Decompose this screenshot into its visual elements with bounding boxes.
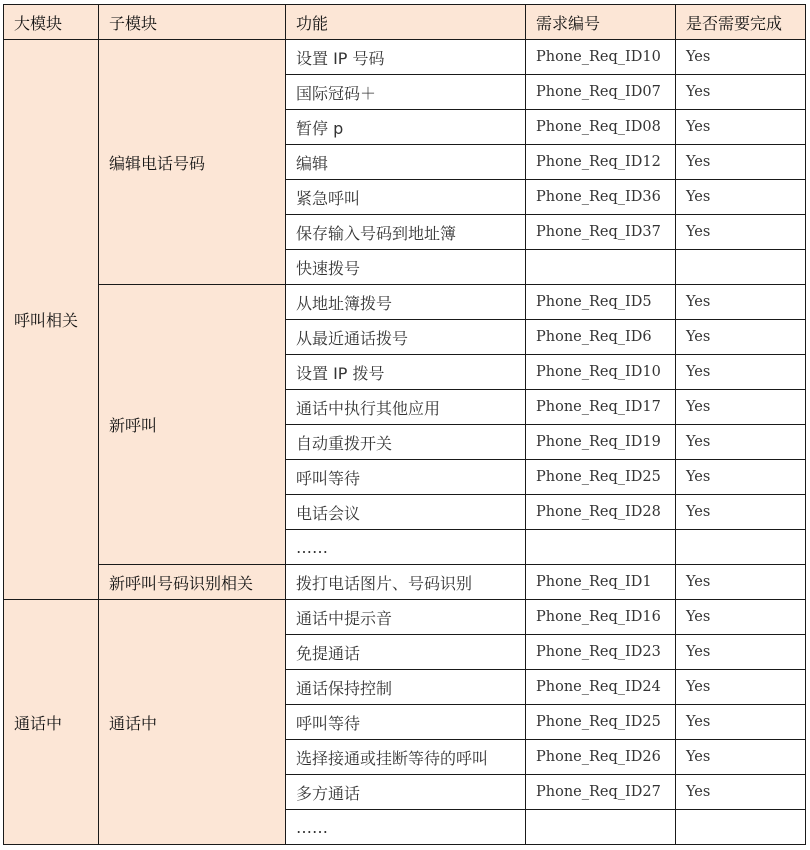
feature-cell: 通话中提示音 [286, 600, 526, 635]
required-cell: Yes [676, 740, 806, 775]
feature-cell: 编辑 [286, 145, 526, 180]
req-id-cell: Phone_Req_ID10 [526, 355, 676, 390]
required-cell: Yes [676, 40, 806, 75]
feature-cell: 设置 IP 号码 [286, 40, 526, 75]
feature-cell: 自动重拨开关 [286, 425, 526, 460]
module-cell: 呼叫相关 [4, 40, 99, 600]
feature-cell: 多方通话 [286, 775, 526, 810]
req-id-cell [526, 530, 676, 565]
header-row: 大模块 子模块 功能 需求编号 是否需要完成 [4, 5, 806, 40]
required-cell: Yes [676, 145, 806, 180]
required-cell: Yes [676, 320, 806, 355]
required-cell: Yes [676, 215, 806, 250]
header-submodule: 子模块 [99, 5, 286, 40]
req-id-cell: Phone_Req_ID23 [526, 635, 676, 670]
required-cell: Yes [676, 705, 806, 740]
requirements-table: 大模块 子模块 功能 需求编号 是否需要完成 呼叫相关编辑电话号码设置 IP 号… [3, 4, 806, 845]
req-id-cell: Phone_Req_ID19 [526, 425, 676, 460]
header-req-id: 需求编号 [526, 5, 676, 40]
required-cell: Yes [676, 425, 806, 460]
req-id-cell: Phone_Req_ID08 [526, 110, 676, 145]
req-id-cell: Phone_Req_ID25 [526, 460, 676, 495]
submodule-cell: 通话中 [99, 600, 286, 845]
required-cell [676, 250, 806, 285]
required-cell: Yes [676, 180, 806, 215]
table-body: 呼叫相关编辑电话号码设置 IP 号码Phone_Req_ID10Yes国际冠码＋… [4, 40, 806, 845]
req-id-cell: Phone_Req_ID37 [526, 215, 676, 250]
required-cell: Yes [676, 355, 806, 390]
req-id-cell: Phone_Req_ID27 [526, 775, 676, 810]
table-row: 新呼叫从地址簿拨号Phone_Req_ID5Yes [4, 285, 806, 320]
required-cell: Yes [676, 75, 806, 110]
table-row: 通话中通话中通话中提示音Phone_Req_ID16Yes [4, 600, 806, 635]
submodule-cell: 新呼叫号码识别相关 [99, 565, 286, 600]
req-id-cell: Phone_Req_ID10 [526, 40, 676, 75]
required-cell: Yes [676, 775, 806, 810]
req-id-cell: Phone_Req_ID6 [526, 320, 676, 355]
feature-cell: 选择接通或挂断等待的呼叫 [286, 740, 526, 775]
required-cell: Yes [676, 600, 806, 635]
feature-cell: 从最近通话拨号 [286, 320, 526, 355]
feature-cell: 保存输入号码到地址簿 [286, 215, 526, 250]
feature-cell: 通话中执行其他应用 [286, 390, 526, 425]
req-id-cell: Phone_Req_ID1 [526, 565, 676, 600]
req-id-cell: Phone_Req_ID17 [526, 390, 676, 425]
feature-cell: 紧急呼叫 [286, 180, 526, 215]
header-feature: 功能 [286, 5, 526, 40]
required-cell: Yes [676, 110, 806, 145]
req-id-cell: Phone_Req_ID36 [526, 180, 676, 215]
feature-cell: 从地址簿拨号 [286, 285, 526, 320]
req-id-cell: Phone_Req_ID16 [526, 600, 676, 635]
feature-cell: 呼叫等待 [286, 460, 526, 495]
req-id-cell: Phone_Req_ID28 [526, 495, 676, 530]
req-id-cell: Phone_Req_ID26 [526, 740, 676, 775]
required-cell: Yes [676, 670, 806, 705]
req-id-cell: Phone_Req_ID24 [526, 670, 676, 705]
feature-cell: 电话会议 [286, 495, 526, 530]
req-id-cell: Phone_Req_ID12 [526, 145, 676, 180]
feature-cell: 暂停 p [286, 110, 526, 145]
feature-cell: …… [286, 530, 526, 565]
table-row: 新呼叫号码识别相关拨打电话图片、号码识别Phone_Req_ID1Yes [4, 565, 806, 600]
submodule-cell: 编辑电话号码 [99, 40, 286, 285]
feature-cell: …… [286, 810, 526, 845]
req-id-cell: Phone_Req_ID07 [526, 75, 676, 110]
required-cell: Yes [676, 390, 806, 425]
required-cell [676, 530, 806, 565]
required-cell: Yes [676, 635, 806, 670]
req-id-cell [526, 250, 676, 285]
feature-cell: 通话保持控制 [286, 670, 526, 705]
feature-cell: 快速拨号 [286, 250, 526, 285]
required-cell [676, 810, 806, 845]
feature-cell: 国际冠码＋ [286, 75, 526, 110]
table-row: 呼叫相关编辑电话号码设置 IP 号码Phone_Req_ID10Yes [4, 40, 806, 75]
req-id-cell: Phone_Req_ID5 [526, 285, 676, 320]
feature-cell: 呼叫等待 [286, 705, 526, 740]
feature-cell: 免提通话 [286, 635, 526, 670]
required-cell: Yes [676, 565, 806, 600]
required-cell: Yes [676, 460, 806, 495]
submodule-cell: 新呼叫 [99, 285, 286, 565]
feature-cell: 拨打电话图片、号码识别 [286, 565, 526, 600]
required-cell: Yes [676, 285, 806, 320]
header-required: 是否需要完成 [676, 5, 806, 40]
feature-cell: 设置 IP 拨号 [286, 355, 526, 390]
req-id-cell [526, 810, 676, 845]
module-cell: 通话中 [4, 600, 99, 845]
required-cell: Yes [676, 495, 806, 530]
req-id-cell: Phone_Req_ID25 [526, 705, 676, 740]
header-module: 大模块 [4, 5, 99, 40]
